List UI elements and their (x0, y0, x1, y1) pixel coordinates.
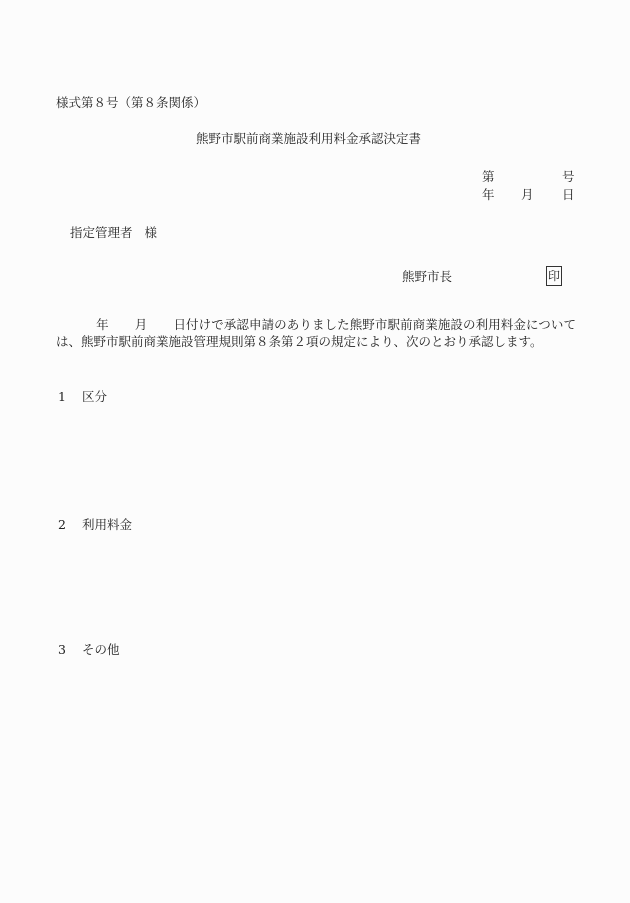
section-3: 3その他 (58, 641, 120, 658)
document-title: 熊野市駅前商業施設利用料金承認決定書 (196, 130, 421, 147)
section-number: 3 (58, 641, 82, 658)
seal-mark: 印 (546, 266, 562, 286)
addressee-honorific: 様 (145, 225, 158, 240)
form-number: 様式第８号（第８条関係） (56, 94, 206, 111)
addressee: 指定管理者様 (70, 224, 157, 241)
section-label: その他 (82, 642, 120, 657)
reference-prefix: 第 (482, 168, 495, 185)
section-label: 区分 (82, 389, 107, 404)
date-month-label: 月 (521, 186, 534, 203)
reference-suffix: 号 (562, 168, 575, 185)
body-year-label: 年 (96, 317, 109, 332)
section-number: 1 (58, 388, 82, 405)
issuer-title: 熊野市長 (402, 268, 452, 285)
body-paragraph: 年月日付けで承認申請のありました熊野市駅前商業施設の利用料金については、熊野市駅… (56, 316, 576, 350)
date-day-label: 日 (562, 186, 575, 203)
section-1: 1区分 (58, 388, 107, 405)
section-2: 2利用料金 (58, 516, 132, 533)
section-label: 利用料金 (82, 517, 132, 532)
body-month-label: 月 (135, 317, 148, 332)
addressee-name: 指定管理者 (70, 225, 133, 240)
section-number: 2 (58, 516, 82, 533)
date-year-label: 年 (482, 186, 495, 203)
